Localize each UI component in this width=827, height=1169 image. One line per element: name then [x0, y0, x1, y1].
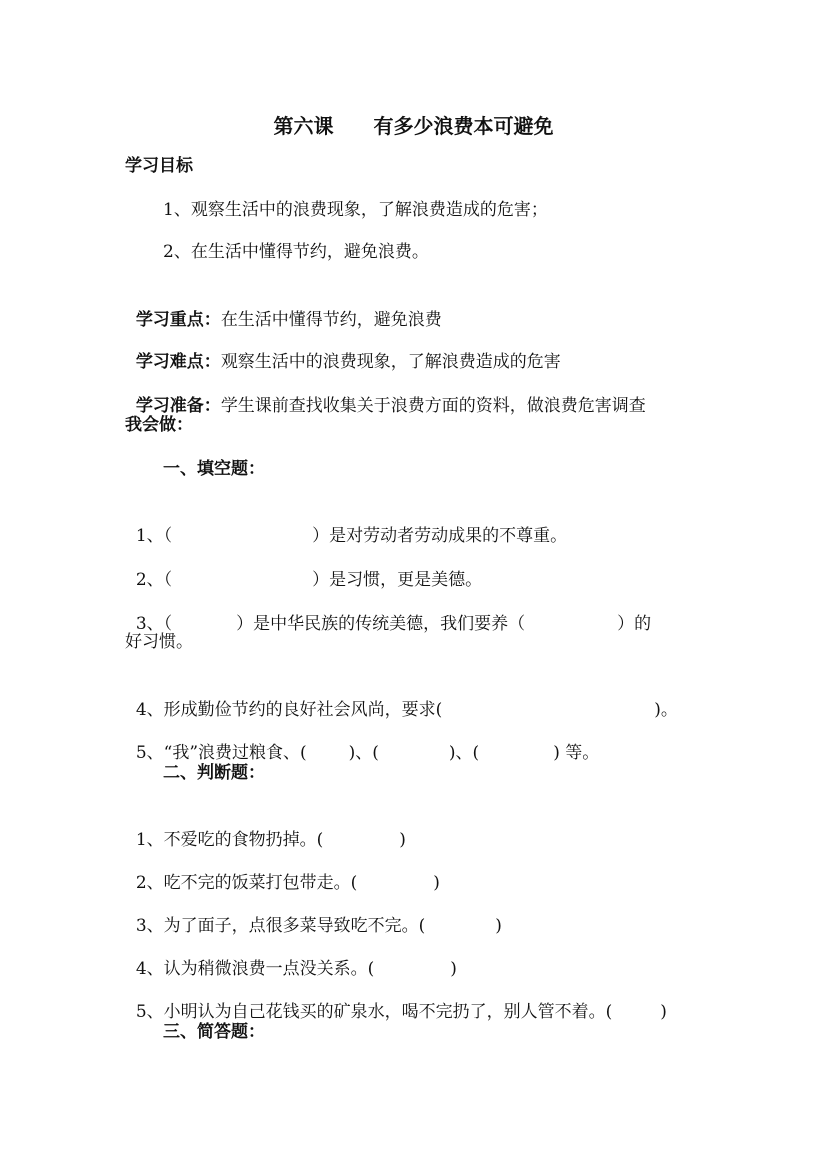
q-text: )、( — [449, 743, 479, 763]
fill-blank-q3: 3、（）是中华民族的传统美德，我们要养（）的 — [125, 588, 651, 636]
key-point: 学习重点：在生活中懂得节约，避免浪费 — [125, 284, 442, 332]
fill-blank-q4: 4、形成勤俭节约的良好社会风尚，要求()。 — [125, 674, 678, 722]
judgement-q2: 2、吃不完的饭菜打包带走。() — [125, 847, 440, 895]
fill-blank-q5: 5、“我”浪费过粮食、()、()、() 等。 — [125, 717, 599, 765]
preparation-text: 学生课前查找收集关于浪费方面的资料，做浪费危害调查 — [221, 396, 646, 416]
q-text: )。 — [654, 700, 678, 720]
q-text: ）是习惯，更是美德。 — [312, 570, 482, 590]
judgement-q5: 5、小明认为自己花钱买的矿泉水，喝不完扔了，别人管不着。() — [125, 976, 667, 1024]
lesson-number: 第六课 — [274, 114, 334, 138]
judgement-q4: 4、认为稍微浪费一点没关系。() — [125, 933, 457, 981]
difficulty-label: 学习难点： — [136, 352, 221, 372]
fill-blank-q3-cont: 好习惯。 — [125, 630, 193, 654]
q-prefix: 1、（ — [136, 526, 172, 546]
q-text: 5、“我”浪费过粮食、( — [136, 743, 307, 763]
objectives-heading: 学习目标 — [125, 154, 193, 178]
q-prefix: 2、（ — [136, 570, 172, 590]
q-text: ）是对劳动者劳动成果的不尊重。 — [312, 526, 567, 546]
fill-blank-heading: 一、填空题： — [163, 457, 265, 481]
fill-blank-q1: 1、（）是对劳动者劳动成果的不尊重。 — [125, 500, 567, 548]
fill-blank-q2: 2、（）是习惯，更是美德。 — [125, 544, 482, 592]
q-text: ) — [495, 916, 502, 936]
q-text: )、( — [349, 743, 379, 763]
difficulty: 学习难点：观察生活中的浪费现象，了解浪费造成的危害 — [125, 326, 561, 374]
page-title: 第六课有多少浪费本可避免 — [0, 110, 827, 139]
objective-item: 2、在生活中懂得节约，避免浪费。 — [163, 240, 429, 264]
q-text: ) 等。 — [553, 743, 599, 763]
q-text: 5、小明认为自己花钱买的矿泉水，喝不完扔了，别人管不着。( — [136, 1002, 612, 1022]
objective-item: 1、观察生活中的浪费现象，了解浪费造成的危害； — [163, 198, 548, 222]
q-text: ）是中华民族的传统美德，我们要养（ — [236, 614, 525, 634]
q-text: ）的 — [617, 614, 651, 634]
short-answer-heading: 三、简答题： — [163, 1020, 265, 1044]
judgement-heading: 二、判断题： — [163, 761, 265, 785]
practice-heading: 我会做： — [125, 413, 193, 437]
judgement-q3: 3、为了面子，点很多菜导致吃不完。() — [125, 890, 502, 938]
lesson-topic: 有多少浪费本可避免 — [374, 114, 554, 138]
q-text: ) — [660, 1002, 667, 1022]
preparation: 学习准备：学生课前查找收集关于浪费方面的资料，做浪费危害调查 — [125, 370, 646, 418]
difficulty-text: 观察生活中的浪费现象，了解浪费造成的危害 — [221, 352, 561, 372]
judgement-q1: 1、不爱吃的食物扔掉。() — [125, 804, 406, 852]
